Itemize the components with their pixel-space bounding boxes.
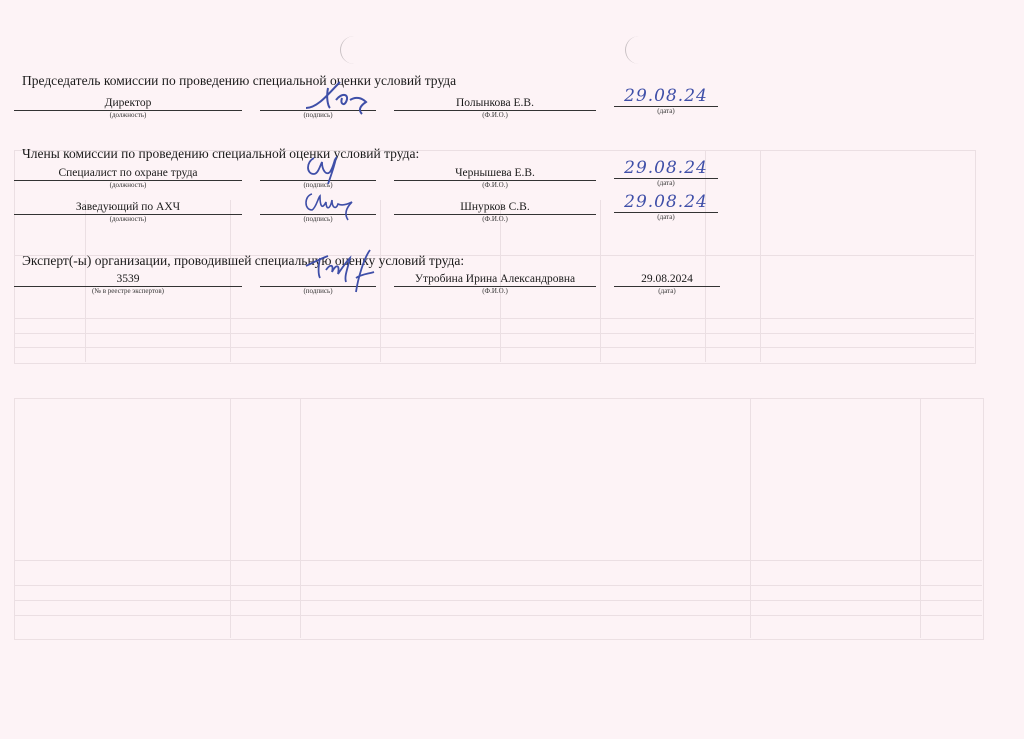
position-caption: (должность)	[14, 111, 242, 120]
date-caption: (дата)	[614, 179, 718, 188]
member-2-signature-icon	[298, 188, 358, 224]
member-1-signature-icon	[300, 152, 350, 188]
chairman-date-field: 29.08.24 (дата)	[614, 86, 718, 116]
member-1-name-field: Чернышева Е.В. (Ф.И.О.)	[394, 166, 596, 190]
member-2-date: 29.08.24	[614, 192, 718, 213]
chairman-name-field: Полынкова Е.В. (Ф.И.О.)	[394, 96, 596, 120]
member-2-date-field: 29.08.24 (дата)	[614, 192, 718, 222]
chairman-heading: Председатель комиссии по проведению спец…	[22, 73, 456, 89]
member-1-date-field: 29.08.24 (дата)	[614, 158, 718, 188]
chairman-position-field: Директор (должность)	[14, 96, 242, 120]
chairman-position: Директор	[14, 96, 242, 111]
name-caption: (Ф.И.О.)	[394, 287, 596, 296]
expert-heading: Эксперт(-ы) организации, проводившей спе…	[22, 253, 464, 269]
member-1-position-field: Специалист по охране труда (должность)	[14, 166, 242, 190]
expert-date: 29.08.2024	[614, 272, 720, 287]
expert-signature-icon	[300, 248, 380, 296]
name-caption: (Ф.И.О.)	[394, 215, 596, 224]
date-caption: (дата)	[614, 287, 720, 296]
chairman-date: 29.08.24	[614, 86, 718, 107]
expert-date-field: 29.08.2024 (дата)	[614, 272, 720, 296]
member-1-date: 29.08.24	[614, 158, 718, 179]
name-caption: (Ф.И.О.)	[394, 181, 596, 190]
member-2-position: Заведующий по АХЧ	[14, 200, 242, 215]
expert-name: Утробина Ирина Александровна	[394, 272, 596, 287]
name-caption: (Ф.И.О.)	[394, 111, 596, 120]
document-page: Председатель комиссии по проведению спец…	[0, 0, 1024, 739]
member-2-position-field: Заведующий по АХЧ (должность)	[14, 200, 242, 224]
date-caption: (дата)	[614, 213, 718, 222]
expert-registry-field: 3539 (№ в реестре экспертов)	[14, 272, 242, 296]
date-caption: (дата)	[614, 107, 718, 116]
chairman-name: Полынкова Е.В.	[394, 96, 596, 111]
expert-name-field: Утробина Ирина Александровна (Ф.И.О.)	[394, 272, 596, 296]
position-caption: (должность)	[14, 181, 242, 190]
chairman-signature-icon	[300, 78, 372, 118]
position-caption: (должность)	[14, 215, 242, 224]
registry-caption: (№ в реестре экспертов)	[14, 287, 242, 296]
member-1-position: Специалист по охране труда	[14, 166, 242, 181]
member-2-name: Шнурков С.В.	[394, 200, 596, 215]
member-2-name-field: Шнурков С.В. (Ф.И.О.)	[394, 200, 596, 224]
member-1-name: Чернышева Е.В.	[394, 166, 596, 181]
expert-registry-number: 3539	[14, 272, 242, 287]
members-heading: Члены комиссии по проведению специальной…	[22, 146, 419, 162]
